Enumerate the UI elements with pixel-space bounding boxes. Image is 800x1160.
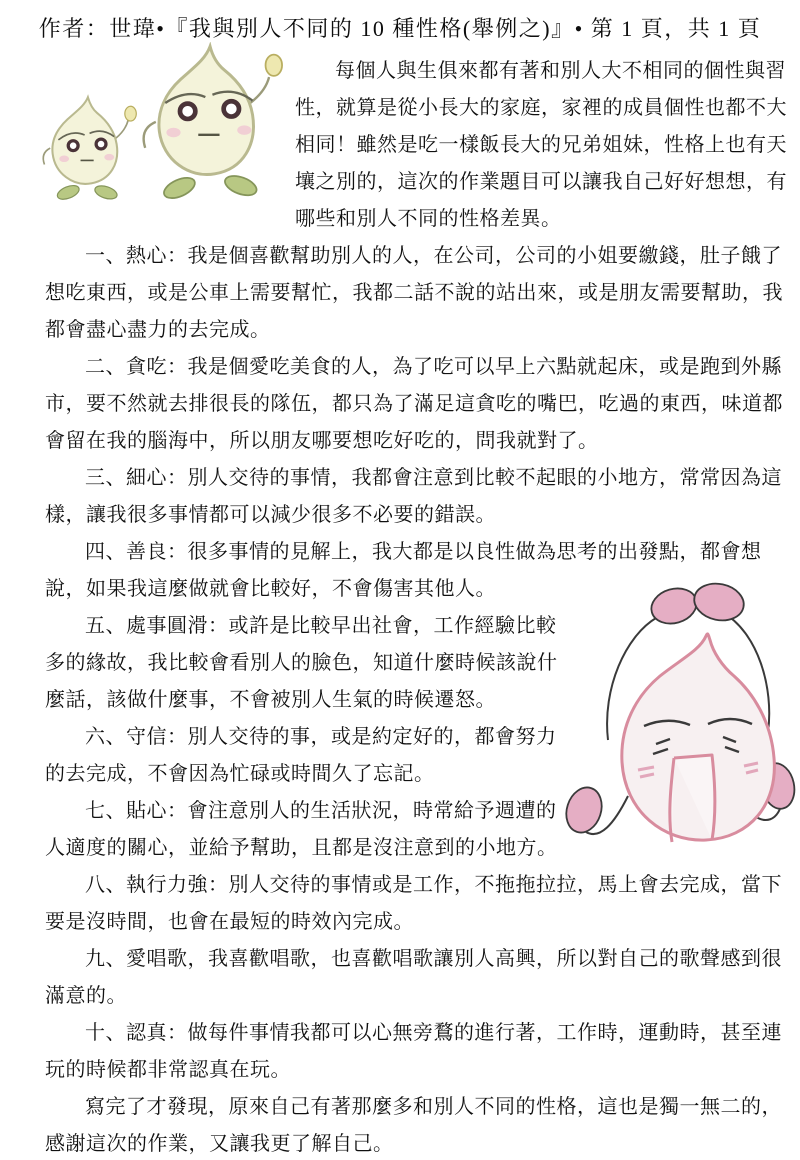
conclusion-paragraph: 寫完了才發現，原來自己有著那麼多和別人不同的性格，這也是獨一無二的，感謝這次的作… [45, 1089, 795, 1160]
essay-body: 每個人與生俱來都有著和別人大不相同的個性與習性，就算是從小長大的家庭，家裡的成員… [45, 53, 795, 1160]
trait-paragraph-9: 九、愛唱歌，我喜歡唱歌，也喜歡唱歌讓別人高興，所以對自己的歌聲感到很滿意的。 [45, 941, 795, 1015]
trait-paragraph-10: 十、認真：做每件事情我都可以心無旁鶩的進行著，工作時，運動時，甚至連玩的時候都非… [45, 1015, 795, 1089]
trait-paragraph-2: 二、貪吃：我是個愛吃美食的人，為了吃可以早上六點就起床，或是跑到外縣市，要不然就… [45, 349, 795, 460]
document-page: 作者：世瑋•『我與別人不同的 10 種性格(舉例之)』• 第 1 頁，共 1 頁 [0, 0, 800, 1160]
document-header: 作者：世瑋•『我與別人不同的 10 種性格(舉例之)』• 第 1 頁，共 1 頁 [0, 0, 800, 43]
trait-paragraph-4: 四、善良：很多事情的見解上，我大都是以良性做為思考的出發點，都會想說，如果我這麼… [45, 534, 795, 608]
intro-paragraph: 每個人與生俱來都有著和別人大不相同的個性與習性，就算是從小長大的家庭，家裡的成員… [295, 53, 795, 238]
trait-paragraph-6: 六、守信：別人交待的事，或是約定好的，都會努力的去完成，不會因為忙碌或時間久了忘… [45, 719, 565, 793]
trait-paragraph-3: 三、細心：別人交待的事情，我都會注意到比較不起眼的小地方，常常因為這樣，讓我很多… [45, 460, 795, 534]
trait-paragraph-5: 五、處事圓滑：或許是比較早出社會，工作經驗比較多的緣故，我比較會看別人的臉色，知… [45, 608, 565, 719]
trait-paragraph-8: 八、執行力強：別人交待的事情或是工作，不拖拖拉拉，馬上會去完成，當下要是沒時間，… [45, 867, 795, 941]
trait-paragraph-7: 七、貼心：會注意別人的生活狀況，時常給予週遭的人適度的關心，並給予幫助，且都是沒… [45, 793, 565, 867]
trait-paragraph-1: 一、熱心：我是個喜歡幫助別人的人，在公司，公司的小姐要繳錢，肚子餓了想吃東西，或… [45, 238, 795, 349]
